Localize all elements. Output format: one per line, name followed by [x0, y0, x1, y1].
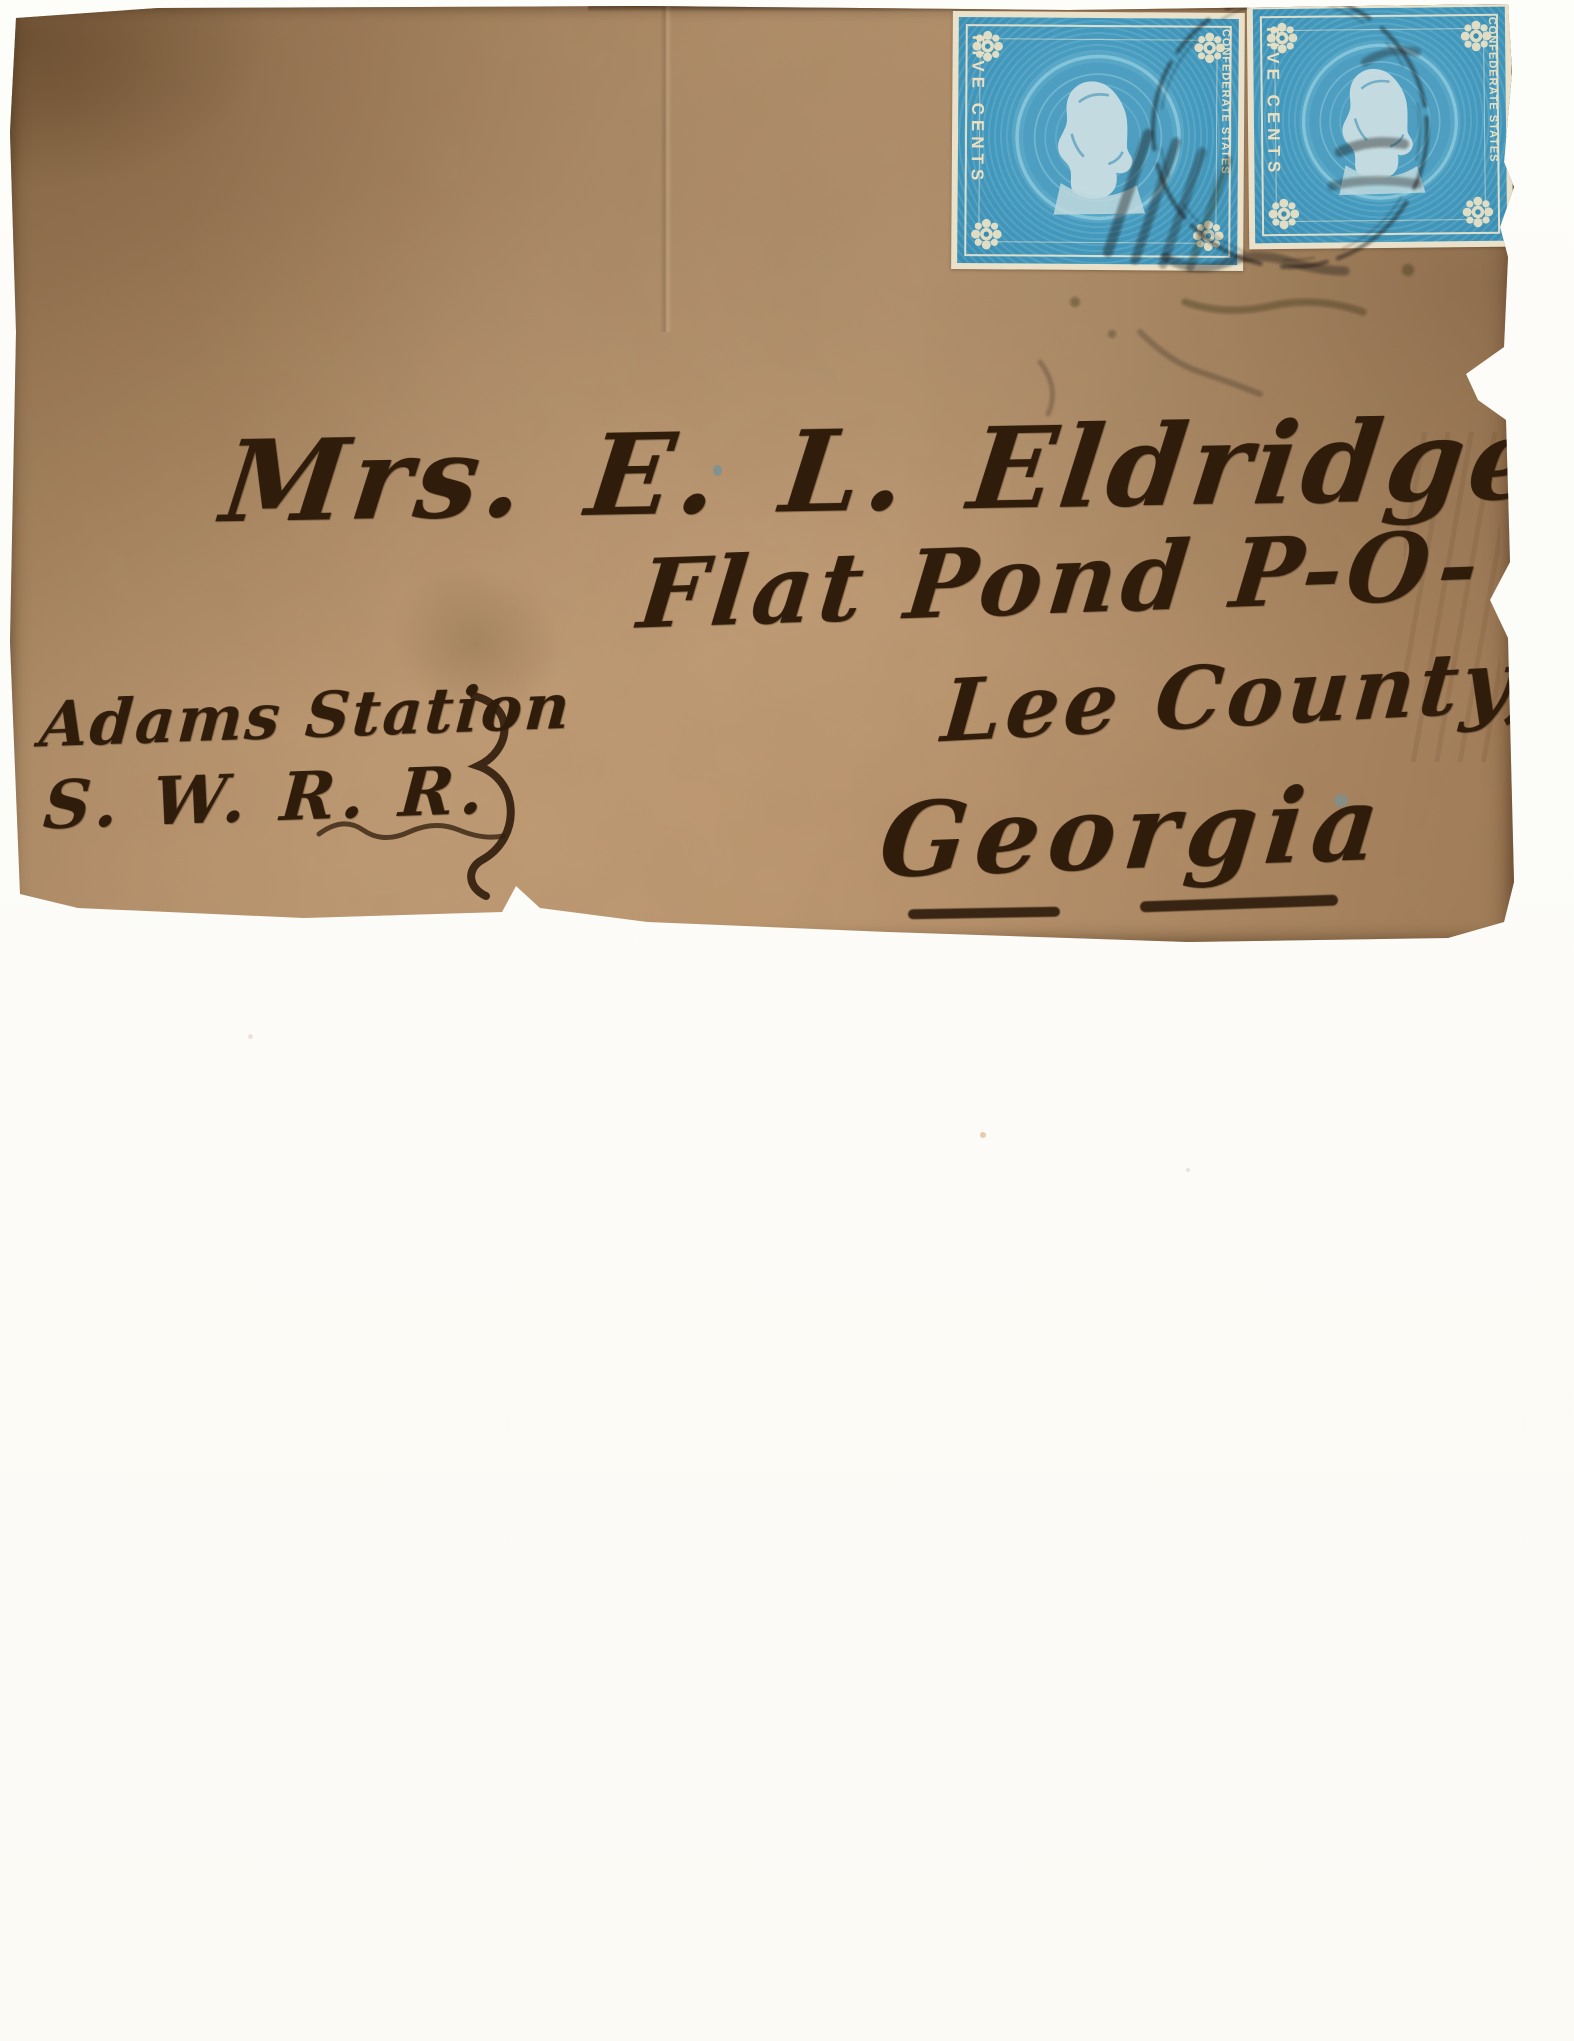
stamp-margin: FIVE CENTS CONFEDERATE STATES: [1247, 1, 1514, 250]
corner-rosette-icon: [1460, 194, 1496, 230]
corner-rosette-icon: [1190, 218, 1226, 254]
stamp-margin: FIVE CENTS CONFEDERATE STATES: [951, 11, 1245, 271]
corner-rosette-icon: [968, 216, 1004, 252]
routing-note-line-2: S. W. R. R.: [41, 756, 491, 838]
scan-speck: [1186, 1168, 1190, 1172]
scan-speck: [248, 1034, 253, 1039]
stamp-five-cents-label: FIVE CENTS: [967, 35, 988, 185]
stamp-confederate-states-label: CONFEDERATE STATES: [1219, 29, 1232, 175]
jefferson-davis-portrait: [1009, 49, 1186, 226]
scan-background: FIVE CENTS CONFEDERATE STATES FIVE CENTS: [0, 0, 1574, 2041]
jefferson-davis-portrait: [1296, 38, 1464, 206]
stamp-right: FIVE CENTS CONFEDERATE STATES: [1247, 1, 1514, 250]
address-line-4: Georgia: [875, 772, 1391, 892]
stamp-design: FIVE CENTS CONFEDERATE STATES: [957, 17, 1239, 265]
address-line-2: Flat Pond P-O-: [634, 518, 1488, 643]
blue-ink-fleck: [713, 465, 722, 476]
stamp-left: FIVE CENTS CONFEDERATE STATES: [951, 11, 1245, 271]
stamp-five-cents-label: FIVE CENTS: [1262, 27, 1284, 177]
scan-speck: [980, 1132, 986, 1138]
routing-note-line-1: Adams Station: [38, 675, 574, 756]
stamp-design: FIVE CENTS CONFEDERATE STATES: [1253, 7, 1507, 244]
corner-rosette-icon: [1266, 196, 1302, 232]
blue-ink-fleck: [1334, 794, 1348, 807]
envelope: FIVE CENTS CONFEDERATE STATES FIVE CENTS: [8, 2, 1516, 944]
stamp-confederate-states-label: CONFEDERATE STATES: [1486, 17, 1500, 163]
